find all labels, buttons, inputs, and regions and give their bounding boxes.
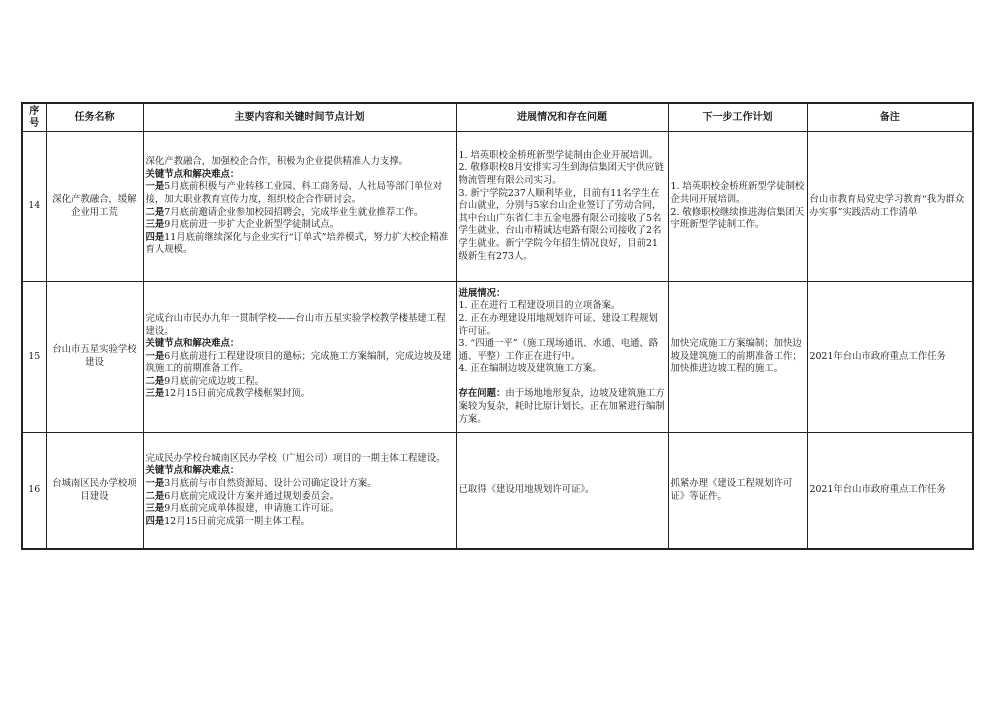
header-progress: 进展情况和存在问题: [456, 103, 668, 132]
plan-item-lead: 一是: [146, 351, 165, 362]
plan-item-lead: 二是: [146, 376, 165, 387]
plan-item: 四是12月15日前完成第一期主体工程。: [146, 516, 454, 529]
progress-item: 2. 敬修职校8月安排实习生到海信集团天宇供应链物流管理有限公司实习。: [459, 162, 666, 187]
progress-item: 3. 新宁学院237人顺利毕业，目前有11名学生在台山就业，分别与5家台山企业签…: [459, 188, 666, 264]
content-plan-cell: 深化产教融合，加强校企合作，积极为企业提供精准人力支撑。 关键节点和解决难点： …: [143, 132, 456, 282]
next-plan-item: 1. 培英职校金桥班新型学徒制校企共同开展培训。: [671, 181, 805, 206]
plan-item-text: 7月底前邀请企业参加校园招聘会，完成毕业生就业推荐工作。: [164, 207, 423, 218]
plan-item: 一是3月底前与市自然资源局、设计公司确定设计方案。: [146, 478, 454, 491]
next-plan-cell: 1. 培英职校金桥班新型学徒制校企共同开展培训。 2. 敬修职校继续推进海信集团…: [668, 132, 807, 282]
header-content: 主要内容和关键时间节点计划: [143, 103, 456, 132]
content-plan-cell: 完成民办学校台城南区民办学校（广旭公司）项目的一期主体工程建设。 关键节点和解决…: [143, 433, 456, 550]
progress-item: 1. 培英职校金桥班新型学徒制由企业开展培训。: [459, 150, 666, 163]
next-plan-item: 2. 敬修职校继续推进海信集团天宇班新型学徒制工作。: [671, 207, 805, 232]
progress-cell: 1. 培英职校金桥班新型学徒制由企业开展培训。 2. 敬修职校8月安排实习生到海…: [456, 132, 668, 282]
next-plan-cell: 抓紧办理《建设工程规划许可证》等证件。: [668, 433, 807, 550]
content-plan-cell: 完成台山市民办九年一贯制学校——台山市五星实验学校教学楼基建工程建设。 关键节点…: [143, 282, 456, 433]
table-row: 15 台山市五星实验学校建设 完成台山市民办九年一贯制学校——台山市五星实验学校…: [22, 282, 973, 433]
plan-item-lead: 三是: [146, 503, 165, 514]
plan-item-text: 5月底前积极与产业转移工业园、科工商务局、人社局等部门单位对接，加大职业教育宣传…: [146, 181, 443, 205]
next-plan-item: 抓紧办理《建设工程规划许可证》等证件。: [671, 478, 805, 503]
remark-cell: 台山市教育局党史学习教育“我为群众办实事”实践活动工作清单: [807, 132, 973, 282]
plan-item-lead: 二是: [146, 491, 165, 502]
plan-item-text: 9月底前完成单体报建，申请施工许可证。: [164, 503, 339, 514]
progress-cell: 进展情况： 1. 正在进行工程建设项目的立项备案。 2. 正在办理建设用地规划许…: [456, 282, 668, 433]
progress-status-label: 进展情况：: [459, 288, 666, 301]
work-task-table: 序号 任务名称 主要内容和关键时间节点计划 进展情况和存在问题 下一步工作计划 …: [21, 102, 974, 550]
next-plan-item: 加快完成施工方案编制；加快边坡及建筑施工的前期准备工作；加快推进边坡工程的施工。: [671, 338, 805, 376]
remark-cell: 2021年台山市政府重点工作任务: [807, 282, 973, 433]
task-name: 台城南区民办学校项目建设: [46, 433, 143, 550]
task-name: 深化产教融合，缓解企业用工荒: [46, 132, 143, 282]
header-remark: 备注: [807, 103, 973, 132]
content-intro: 完成民办学校台城南区民办学校（广旭公司）项目的一期主体工程建设。: [146, 453, 454, 466]
header-task-name: 任务名称: [46, 103, 143, 132]
content-intro: 完成台山市民办九年一贯制学校——台山市五星实验学校教学楼基建工程建设。: [146, 313, 454, 338]
plan-item-lead: 三是: [146, 219, 165, 230]
progress-cell: 已取得《建设用地规划许可证》。: [456, 433, 668, 550]
progress-item: 1. 正在进行工程建设项目的立项备案。: [459, 300, 666, 313]
next-plan-cell: 加快完成施工方案编制；加快边坡及建筑施工的前期准备工作；加快推进边坡工程的施工。: [668, 282, 807, 433]
plan-item: 三是9月底前进一步扩大企业新型学徒制试点。: [146, 219, 454, 232]
plan-item-lead: 一是: [146, 478, 165, 489]
plan-item: 二是7月底前邀请企业参加校园招聘会，完成毕业生就业推荐工作。: [146, 207, 454, 220]
plan-item-text: 3月底前与市自然资源局、设计公司确定设计方案。: [164, 478, 376, 489]
plan-item: 一是5月底前积极与产业转移工业园、科工商务局、人社局等部门单位对接，加大职业教育…: [146, 181, 454, 206]
header-no: 序号: [22, 103, 46, 132]
key-points-label: 关键节点和解决难点：: [146, 338, 454, 351]
plan-item-text: 9月底前完成边坡工程。: [164, 376, 264, 387]
plan-item-text: 9月底前进一步扩大企业新型学徒制试点。: [164, 219, 339, 230]
plan-item-text: 12月15日前完成第一期主体工程。: [164, 516, 310, 527]
row-number: 16: [22, 433, 46, 550]
progress-item: 2. 正在办理建设用地规划许可证、建设工程规划许可证。: [459, 313, 666, 338]
plan-item: 一是6月底前进行工程建设项目的邀标；完成施工方案编制，完成边坡及建筑施工的前期准…: [146, 351, 454, 376]
plan-item: 四是11月底前继续深化与企业实行“订单式”培养模式，努力扩大校企精准育人规模。: [146, 232, 454, 257]
table-row: 16 台城南区民办学校项目建设 完成民办学校台城南区民办学校（广旭公司）项目的一…: [22, 433, 973, 550]
document-page: 序号 任务名称 主要内容和关键时间节点计划 进展情况和存在问题 下一步工作计划 …: [0, 0, 1000, 707]
content-intro: 深化产教融合，加强校企合作，积极为企业提供精准人力支撑。: [146, 156, 454, 169]
remark-cell: 2021年台山市政府重点工作任务: [807, 433, 973, 550]
issue-label: 存在问题：: [459, 388, 506, 399]
plan-item-lead: 四是: [146, 232, 165, 243]
plan-item: 三是9月底前完成单体报建，申请施工许可证。: [146, 503, 454, 516]
plan-item-lead: 三是: [146, 388, 165, 399]
plan-item-text: 6月底前完成设计方案并通过规划委员会。: [164, 491, 339, 502]
task-name: 台山市五星实验学校建设: [46, 282, 143, 433]
plan-item-text: 12月15日前完成教学楼框架封顶。: [164, 388, 310, 399]
plan-item-text: 11月底前继续深化与企业实行“订单式”培养模式，努力扩大校企精准育人规模。: [146, 232, 449, 256]
progress-item: 已取得《建设用地规划许可证》。: [459, 484, 666, 497]
header-next-plan: 下一步工作计划: [668, 103, 807, 132]
plan-item: 二是9月底前完成边坡工程。: [146, 376, 454, 389]
key-points-label: 关键节点和解决难点：: [146, 465, 454, 478]
key-points-label: 关键节点和解决难点：: [146, 169, 454, 182]
table-row: 14 深化产教融合，缓解企业用工荒 深化产教融合，加强校企合作，积极为企业提供精…: [22, 132, 973, 282]
plan-item: 二是6月底前完成设计方案并通过规划委员会。: [146, 491, 454, 504]
progress-item: 3. “四通一平”（施工现场通讯、水通、电通、路通、平整）工作正在进行中。: [459, 338, 666, 363]
plan-item-text: 6月底前进行工程建设项目的邀标；完成施工方案编制，完成边坡及建筑施工的前期准备工…: [146, 351, 452, 375]
table-header-row: 序号 任务名称 主要内容和关键时间节点计划 进展情况和存在问题 下一步工作计划 …: [22, 103, 973, 132]
plan-item-lead: 二是: [146, 207, 165, 218]
progress-item: 4. 正在编制边坡及建筑施工方案。: [459, 363, 666, 376]
plan-item: 三是12月15日前完成教学楼框架封顶。: [146, 388, 454, 401]
row-number: 14: [22, 132, 46, 282]
issue-paragraph: 存在问题：由于场地地形复杂，边坡及建筑施工方案较为复杂，耗时比原计划长。正在加紧…: [459, 388, 666, 426]
plan-item-lead: 四是: [146, 516, 165, 527]
row-number: 15: [22, 282, 46, 433]
plan-item-lead: 一是: [146, 181, 165, 192]
spacer: [459, 376, 666, 389]
